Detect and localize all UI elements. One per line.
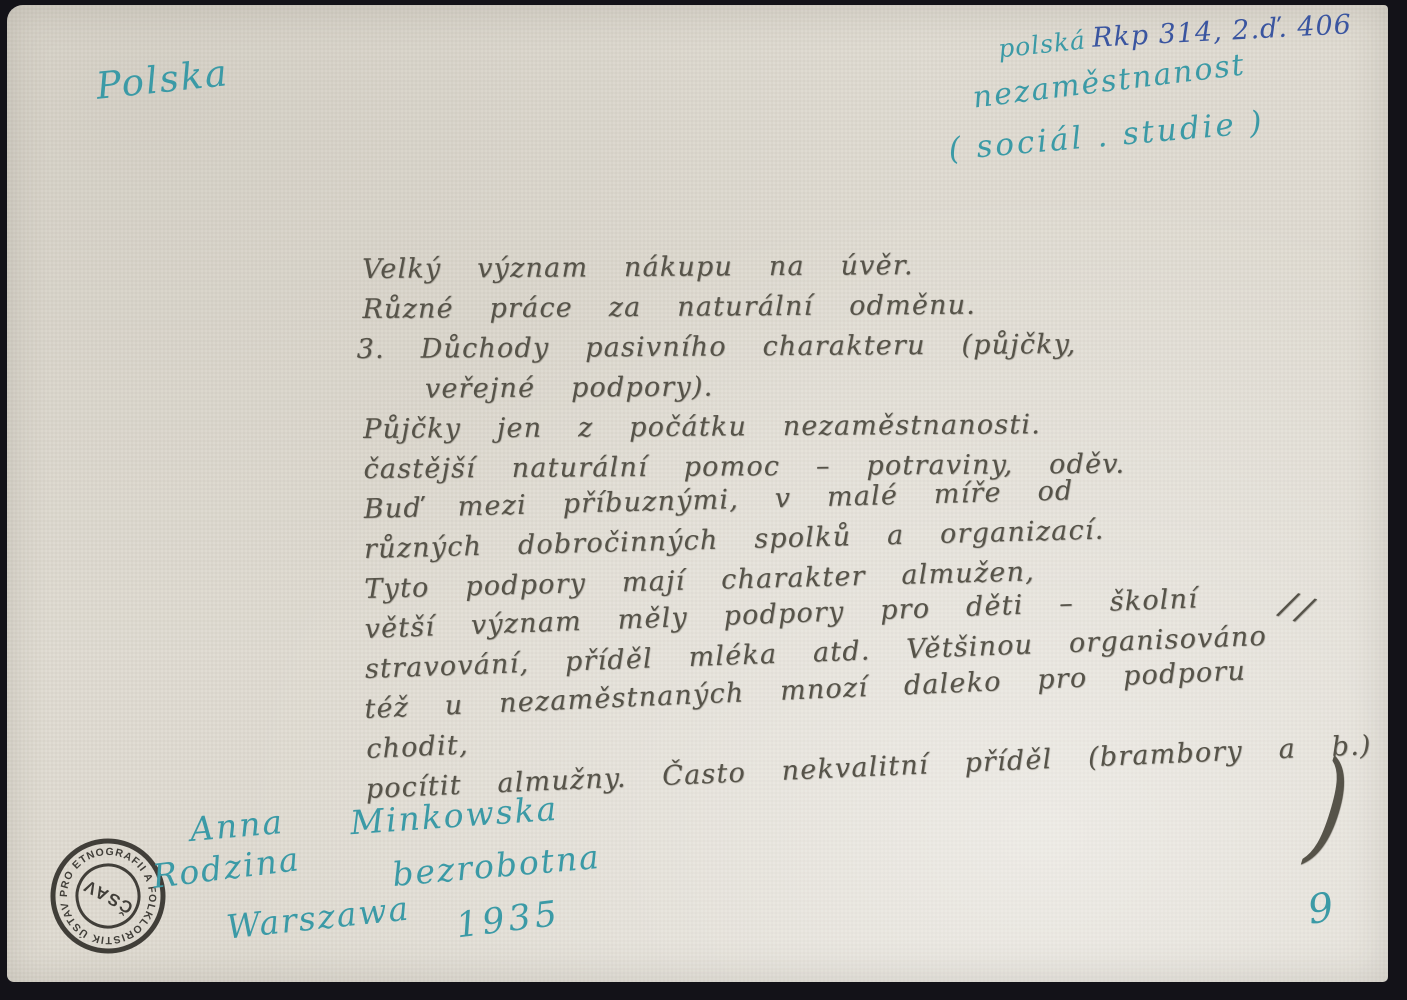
handwritten-note: Velký význam nákupu na úvěr. Různé práce…: [362, 243, 1386, 810]
stamp-center-text: ČSAV: [79, 875, 136, 917]
note-line: Půjčky jen z počátku nezaměstnanosti.: [363, 403, 1383, 450]
scanned-archive-card: Polska polská Rkp 314, 2.ď. 406 nezaměst…: [0, 0, 1407, 1000]
note-line: veřejné podpory).: [425, 363, 1383, 410]
note-line: Různé práce za naturální odměnu.: [362, 283, 1382, 330]
note-line: Velký význam nákupu na úvěr.: [362, 243, 1382, 290]
